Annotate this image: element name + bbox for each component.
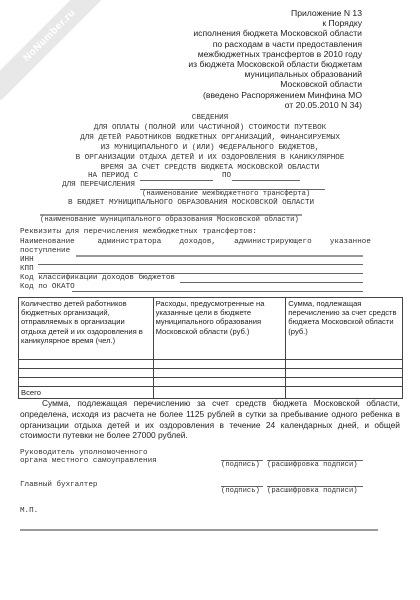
period-from-label: НА ПЕРИОД С bbox=[88, 172, 138, 180]
decode-hint: (расшифровка подписи) bbox=[267, 461, 358, 469]
title-line: СВЕДЕНИЯ bbox=[40, 113, 380, 123]
table-cell[interactable] bbox=[286, 369, 403, 378]
header-line: из бюджета Московской области бюджетам bbox=[162, 59, 362, 69]
document-title: СВЕДЕНИЯ ДЛЯ ОПЛАТЫ (ПОЛНОЙ ИЛИ ЧАСТИЧНО… bbox=[40, 113, 380, 173]
admin-label-cont: поступление bbox=[20, 247, 70, 255]
head-label: Руководитель уполномоченного bbox=[20, 449, 148, 457]
stamp-label: М.П. bbox=[20, 507, 38, 515]
municipality-hint: (наименование муниципального образования… bbox=[40, 216, 299, 224]
head-label-cont: органа местного самоуправления bbox=[20, 457, 157, 465]
admin-field[interactable] bbox=[76, 255, 363, 257]
transfer-label: ДЛЯ ПЕРЕЧИСЛЕНИЯ bbox=[62, 181, 135, 189]
header-line: Московской области bbox=[162, 79, 362, 89]
title-line: ДЛЯ ОПЛАТЫ (ПОЛНОЙ ИЛИ ЧАСТИЧНОЙ) СТОИМО… bbox=[40, 123, 380, 133]
table-total-row: Всего bbox=[19, 387, 403, 399]
header-regional-sum: Сумма, подлежащая перечислению за счет с… bbox=[286, 298, 403, 360]
table-cell[interactable] bbox=[286, 360, 403, 369]
accountant-label: Главный бухгалтер bbox=[20, 481, 97, 489]
decode-hint: (расшифровка подписи) bbox=[267, 487, 358, 495]
table-row bbox=[19, 369, 403, 378]
title-line: ИЗ МУНИЦИПАЛЬНОГО И (ИЛИ) ФЕДЕРАЛЬНОГО Б… bbox=[40, 143, 380, 153]
watermark: NoNumber.ru bbox=[0, 0, 114, 100]
table-cell[interactable] bbox=[19, 360, 154, 369]
signature-hint: (подпись) bbox=[221, 487, 260, 495]
header-line: к Порядку bbox=[162, 18, 362, 28]
table-row bbox=[19, 378, 403, 387]
header-line: от 20.05.2010 N 34) bbox=[162, 100, 362, 110]
header-line: межбюджетных трансфертов в 2010 году bbox=[162, 49, 362, 59]
table-cell[interactable] bbox=[286, 378, 403, 387]
table-row bbox=[19, 360, 403, 369]
period-from-field[interactable] bbox=[140, 180, 213, 181]
footer-divider bbox=[20, 529, 378, 531]
children-count-table: Количество детей работников бюджетных ор… bbox=[18, 297, 403, 399]
calculation-note-text: Сумма, подлежащая перечислению за счет с… bbox=[20, 398, 400, 441]
table-cell[interactable] bbox=[153, 378, 286, 387]
okato-label: Код по ОКАТО bbox=[20, 283, 75, 291]
header-line: Приложение N 13 bbox=[162, 8, 362, 18]
table-cell[interactable] bbox=[19, 369, 154, 378]
header-line: (введено Распоряжением Минфина МО bbox=[162, 90, 362, 100]
requisites-heading: Реквизиты для перечисления межбюджетных … bbox=[20, 228, 257, 236]
period-to-field[interactable] bbox=[232, 180, 300, 181]
signature-hint: (подпись) bbox=[221, 461, 260, 469]
okato-field[interactable] bbox=[72, 291, 363, 292]
appendix-header: Приложение N 13 к Порядку исполнения бюд… bbox=[162, 8, 362, 110]
kbk-field[interactable] bbox=[180, 282, 363, 283]
table-header-row: Количество детей работников бюджетных ор… bbox=[19, 298, 403, 360]
header-municipal-expenses: Расходы, предусмотренные на указанные це… bbox=[153, 298, 286, 360]
table-cell[interactable] bbox=[153, 369, 286, 378]
title-line: ДЛЯ ДЕТЕЙ РАБОТНИКОВ БЮДЖЕТНЫХ ОРГАНИЗАЦ… bbox=[40, 133, 380, 143]
table-cell[interactable] bbox=[286, 387, 403, 399]
calculation-note: Сумма, подлежащая перечислению за счет с… bbox=[20, 398, 400, 441]
document-page: NoNumber.ru Приложение N 13 к Порядку ис… bbox=[0, 0, 420, 600]
inn-label: ИНН bbox=[20, 256, 34, 264]
table-cell[interactable] bbox=[153, 360, 286, 369]
kpp-label: КПП bbox=[20, 265, 34, 273]
table-cell[interactable] bbox=[153, 387, 286, 399]
header-children-count: Количество детей работников бюджетных ор… bbox=[19, 298, 154, 360]
total-label: Всего bbox=[19, 387, 154, 399]
header-line: исполнения бюджета Московской области bbox=[162, 28, 362, 38]
admin-label: Наименование администратора доходов, адм… bbox=[20, 238, 371, 246]
header-line: муниципальных образований bbox=[162, 69, 362, 79]
header-line: по расходам в части предоставления bbox=[162, 39, 362, 49]
budget-line: В БЮДЖЕТ МУНИЦИПАЛЬНОГО ОБРАЗОВАНИЯ МОСК… bbox=[68, 199, 314, 207]
table-cell[interactable] bbox=[19, 378, 154, 387]
inn-field[interactable] bbox=[38, 264, 363, 265]
transfer-hint: (наименование межбюджетного трансферта) bbox=[142, 190, 310, 198]
kbk-label: Код классификации доходов бюджетов bbox=[20, 274, 175, 282]
title-line: В ОРГАНИЗАЦИИ ОТДЫХА ДЕТЕЙ И ИХ ОЗДОРОВЛ… bbox=[40, 153, 380, 163]
period-to-label: ПО bbox=[222, 172, 231, 180]
